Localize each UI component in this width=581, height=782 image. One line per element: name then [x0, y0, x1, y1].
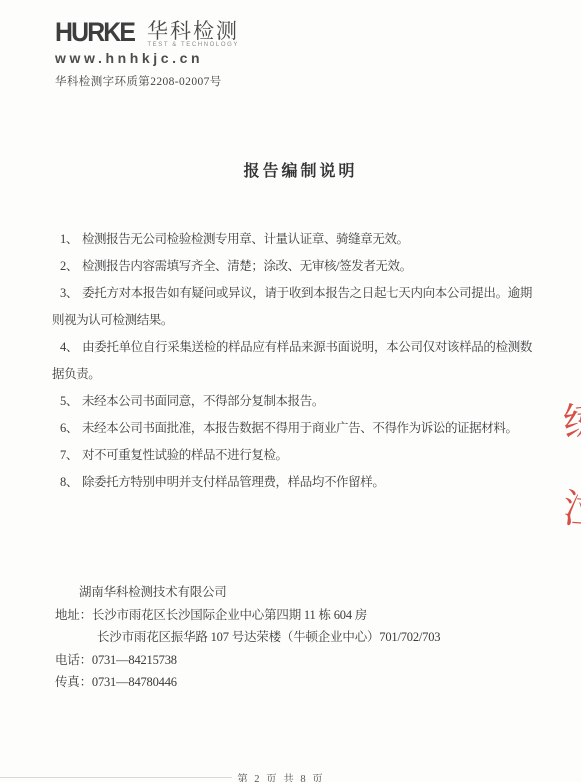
note-item-6: 6、未经本公司书面批准，本报告数据不得用于商业广告、不得作为诉讼的证据材料。 — [52, 415, 532, 442]
company-phone-line: 电话：0731—84215738 — [55, 649, 525, 672]
company-logo: HURKE 华科检测 TEST & TECHNOLOGY — [55, 20, 239, 48]
note-text: 检测报告内容需填写齐全、清楚；涂改、无审核/签发者无效。 — [82, 259, 412, 273]
logo-tagline: TEST & TECHNOLOGY — [147, 42, 239, 48]
note-item-2: 2、检测报告内容需填写齐全、清楚；涂改、无审核/签发者无效。 — [52, 253, 532, 280]
note-text: 由委托单位自行采集送检的样品应有样品来源书面说明，本公司仅对该样品的检测数据负责… — [52, 340, 532, 381]
certificate-number: 华科检测字环质第2208-02007号 — [55, 73, 239, 89]
note-item-7: 7、对不可重复性试验的样品不进行复检。 — [52, 442, 532, 469]
company-fax-line: 传真：0731—84780446 — [55, 671, 525, 694]
company-address-line2: 长沙市雨花区振华路 107 号达荣楼（牛顿企业中心）701/702/703 — [55, 626, 525, 649]
note-item-4: 4、由委托单位自行采集送检的样品应有样品来源书面说明，本公司仅对该样品的检测数据… — [52, 334, 532, 388]
note-text: 除委托方特别申明并支付样品管理费，样品均不作留样。 — [82, 475, 385, 489]
phone-value: 0731—84215738 — [92, 653, 177, 667]
address-value-1: 长沙市雨花区长沙国际企业中心第四期 11 栋 604 房 — [92, 608, 367, 622]
note-number: 5、 — [60, 394, 78, 408]
note-text: 委托方对本报告如有疑问或异议，请于收到本报告之日起七天内向本公司提出。逾期则视为… — [52, 286, 532, 327]
report-notes-list: 1、检测报告无公司检验检测专用章、计量认证章、骑缝章无效。 2、检测报告内容需填… — [52, 226, 532, 496]
note-number: 3、 — [60, 286, 78, 300]
note-item-1: 1、检测报告无公司检验检测专用章、计量认证章、骑缝章无效。 — [52, 226, 532, 253]
company-website: www.hnhkjc.cn — [55, 50, 239, 66]
company-contact-block: 湖南华科检测技术有限公司 地址：长沙市雨花区长沙国际企业中心第四期 11 栋 6… — [55, 581, 525, 694]
note-item-8: 8、除委托方特别申明并支付样品管理费，样品均不作留样。 — [52, 469, 532, 496]
note-number: 2、 — [60, 259, 78, 273]
huake-logo-wordmark: HURKE — [55, 20, 134, 44]
scan-artifact-line — [0, 777, 232, 778]
company-address-line1: 地址：长沙市雨花区长沙国际企业中心第四期 11 栋 604 房 — [55, 604, 525, 627]
report-notes-page: HURKE 华科检测 TEST & TECHNOLOGY www.hnhkjc.… — [0, 0, 581, 782]
note-item-3: 3、委托方对本报告如有疑问或异议，请于收到本报告之日起七天内向本公司提出。逾期则… — [52, 280, 532, 334]
note-number: 8、 — [60, 475, 78, 489]
red-stamp-fragment-2: 泣 — [562, 489, 581, 532]
note-text: 未经本公司书面批准，本报告数据不得用于商业广告、不得作为诉讼的证据材料。 — [82, 421, 518, 435]
note-number: 4、 — [60, 340, 78, 354]
page-title: 报告编制说明 — [20, 158, 581, 181]
note-item-5: 5、未经本公司书面同意，不得部分复制本报告。 — [52, 388, 532, 415]
address-label: 地址： — [55, 608, 92, 622]
note-number: 6、 — [60, 421, 78, 435]
note-number: 1、 — [60, 232, 78, 246]
note-number: 7、 — [60, 448, 78, 462]
logo-chinese-name: 华科检测 — [147, 20, 239, 42]
fax-value: 0731—84780446 — [92, 675, 177, 689]
note-text: 对不可重复性试验的样品不进行复检。 — [82, 448, 288, 462]
logo-chinese-name-block: 华科检测 TEST & TECHNOLOGY — [147, 20, 239, 48]
company-letterhead: HURKE 华科检测 TEST & TECHNOLOGY www.hnhkjc.… — [55, 20, 239, 89]
note-text: 未经本公司书面同意，不得部分复制本报告。 — [82, 394, 324, 408]
fax-label: 传真： — [55, 675, 92, 689]
red-stamp-fragment-1: 练 — [561, 400, 581, 444]
company-name: 湖南华科检测技术有限公司 — [55, 581, 525, 604]
phone-label: 电话： — [55, 653, 92, 667]
note-text: 检测报告无公司检验检测专用章、计量认证章、骑缝章无效。 — [82, 232, 409, 246]
